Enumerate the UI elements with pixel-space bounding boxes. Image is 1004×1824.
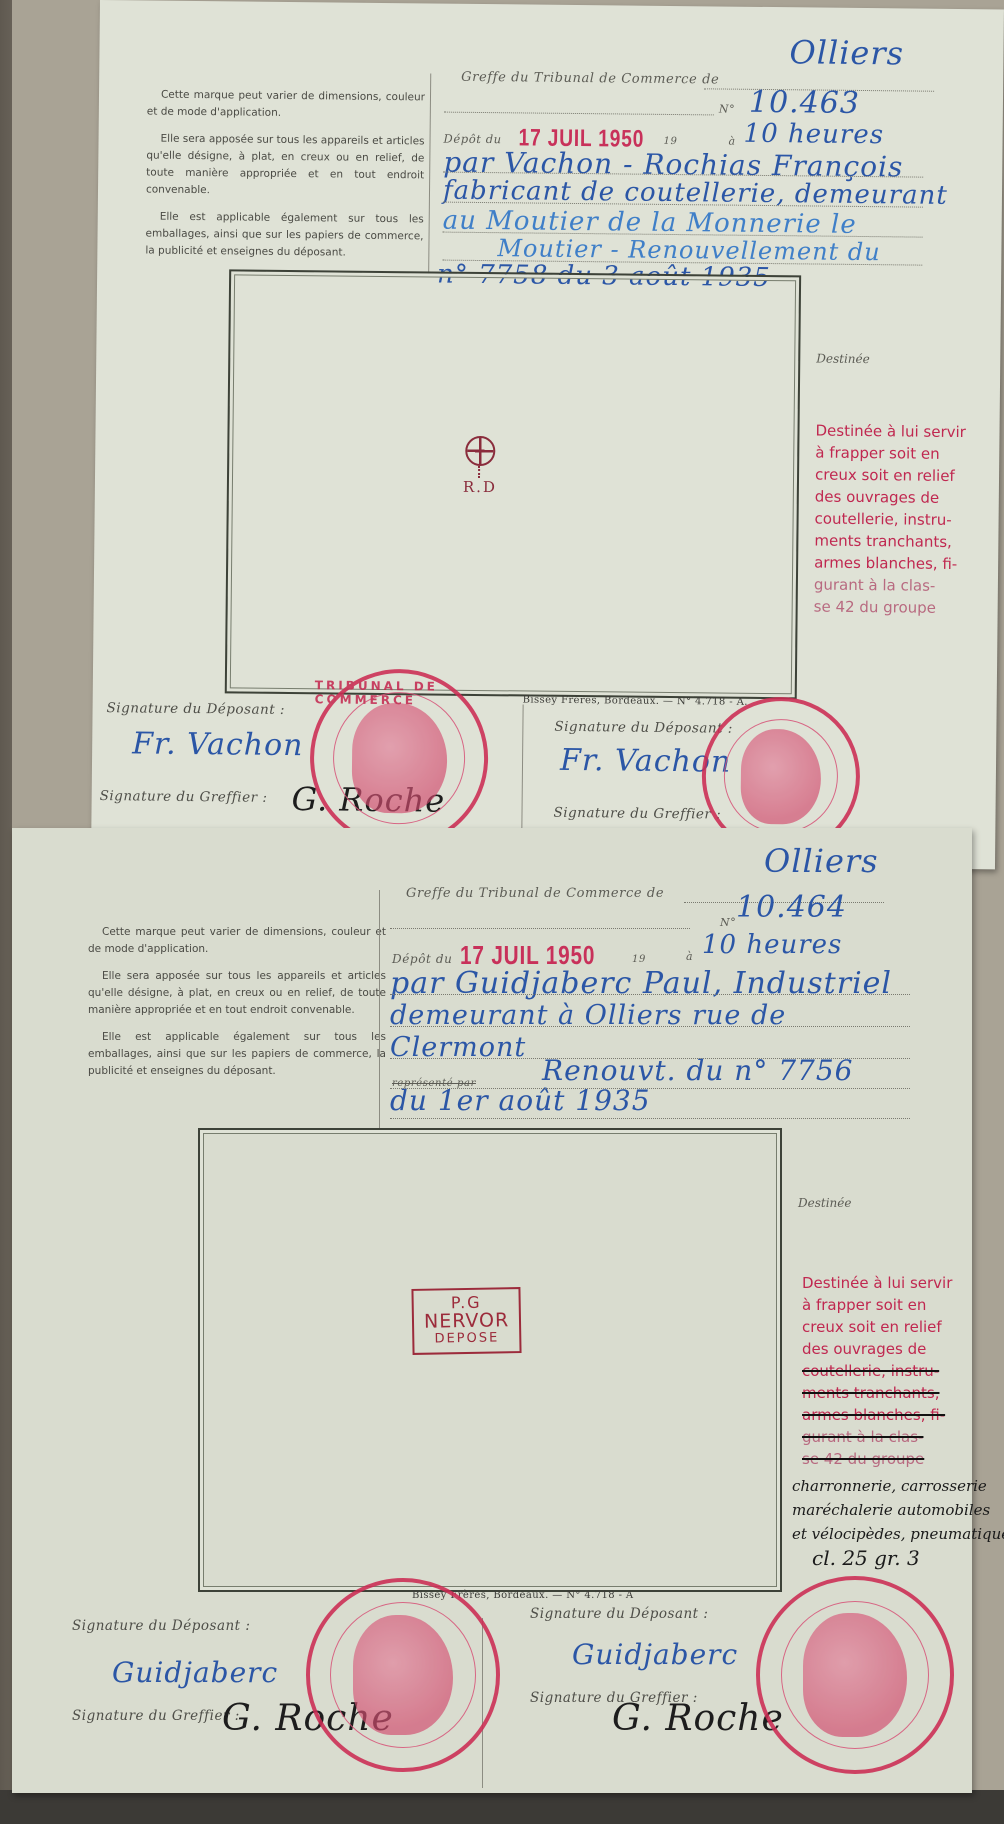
instruction-paragraph: Cette marque peut varier de dimensions, … [147, 86, 425, 123]
note-line: et vélocipèdes, pneumatiques [792, 1522, 1004, 1546]
mark-line: DEPOSE [424, 1329, 510, 1348]
signature-greffier-label: Signature du Greffier : [553, 805, 721, 823]
signature-deposant-label: Signature du Déposant : [72, 1618, 250, 1634]
seal-emblem [353, 1615, 453, 1735]
nervor-trademark-stamp: P.G NERVOR DEPOSE [411, 1287, 521, 1355]
field-line [390, 994, 910, 995]
deposant-signature: Guidjaberc [572, 1638, 738, 1671]
signature-greffier-label: Signature du Greffier : [100, 788, 268, 806]
destinee-label: Destinée [816, 352, 870, 367]
greffe-label: Greffe du Tribunal de Commerce de [461, 70, 719, 88]
balloon-logo-icon [465, 436, 495, 466]
destinee-line-struck: se 42 du groupe [802, 1448, 977, 1470]
destinee-line: Destinée à lui servir [802, 1272, 977, 1294]
signature-deposant-label: Signature du Déposant : [530, 1606, 708, 1622]
seal-emblem [351, 703, 447, 814]
deposit-sheet-2: Cette marque peut varier de dimensions, … [12, 828, 972, 1793]
note-line: cl. 25 gr. 3 [792, 1546, 1004, 1570]
mark-line: NERVOR [424, 1311, 510, 1330]
field-line [390, 1026, 910, 1027]
destinee-line: creux soit en relief [815, 464, 990, 488]
instruction-paragraph: Cette marque peut varier de dimensions, … [88, 924, 386, 958]
deposit-number: 10.463 [749, 85, 860, 121]
trademark-box [198, 1128, 782, 1592]
year-label: 19 [663, 136, 677, 147]
number-label: N° [719, 102, 735, 115]
destinee-line: se 42 du groupe [814, 596, 989, 620]
trademark-logo: R.D [450, 436, 511, 497]
depot-label: Dépôt du [443, 132, 501, 147]
destinee-line-struck: ments tranchants, [802, 1382, 977, 1404]
deposant-signature: Fr. Vachon [132, 726, 304, 763]
destinee-line-struck: coutellerie, instru- [802, 1360, 977, 1382]
destinee-label: Destinée [798, 1196, 851, 1210]
column-divider [379, 890, 380, 1130]
signature-greffier-label: Signature du Greffier : [72, 1708, 240, 1724]
signature-deposant-label: Signature du Déposant : [107, 700, 286, 718]
destinee-line-struck: gurant à la clas- [802, 1426, 977, 1448]
destinee-line-struck: armes blanches, fi- [802, 1404, 977, 1426]
trademark-box [225, 269, 801, 699]
instruction-paragraph: Elle sera apposée sur tous les appareils… [88, 968, 386, 1019]
time-label: à [728, 135, 735, 148]
destinee-stamp: Destinée à lui servir à frapper soit en … [814, 420, 991, 620]
field-line [390, 1118, 910, 1119]
column-divider [428, 73, 431, 273]
destinee-line: armes blanches, fi- [814, 552, 989, 576]
destinee-line: des ouvrages de [815, 486, 990, 510]
number-label: N° [720, 916, 736, 929]
greffier-signature: G. Roche [612, 1698, 784, 1739]
instructions-block: Cette marque peut varier de dimensions, … [145, 86, 425, 272]
seal-emblem [803, 1613, 907, 1737]
destinee-stamp: Destinée à lui servir à frapper soit en … [802, 1272, 977, 1470]
handwritten-line: par Guidjaberc Paul, Industriel [390, 966, 892, 1001]
instruction-paragraph: Elle est applicable également sur tous l… [145, 208, 424, 262]
destinee-line: gurant à la clas- [814, 574, 989, 598]
printer-line: Bissey Frères, Bordeaux. — N° 4.718 - A. [523, 694, 748, 707]
deposant-signature: Guidjaberc [112, 1656, 278, 1689]
destinee-line: Destinée à lui servir [815, 420, 990, 444]
time-label: à [686, 950, 693, 963]
deposit-time: 10 heures [743, 119, 884, 150]
destinee-line: des ouvrages de [802, 1338, 977, 1360]
greffe-label: Greffe du Tribunal de Commerce de [406, 886, 664, 901]
field-line [390, 1058, 910, 1059]
tribunal-seal: TRIBUNAL DE COMMERCE [309, 668, 489, 848]
instructions-block: Cette marque peut varier de dimensions, … [88, 924, 386, 1090]
destinee-line: creux soit en relief [802, 1316, 977, 1338]
note-line: maréchalerie automobiles [792, 1498, 1004, 1522]
tribunal-seal [306, 1578, 500, 1772]
destinee-line: coutellerie, instru- [814, 508, 989, 532]
balloon-cord [478, 466, 482, 478]
greffe-city-handwritten: Olliers [764, 842, 879, 880]
deposit-sheet-1: Cette marque peut varier de dimensions, … [91, 0, 1004, 869]
signature-deposant-label: Signature du Déposant : [554, 719, 733, 737]
year-label: 19 [632, 954, 646, 965]
destinee-line: ments tranchants, [814, 530, 989, 554]
seal-text: TRIBUNAL DE COMMERCE [315, 678, 485, 708]
destinee-line: à frapper soit en [802, 1294, 977, 1316]
destinee-line: à frapper soit en [815, 442, 990, 466]
field-line [390, 1088, 910, 1089]
depot-label: Dépôt du [392, 952, 452, 966]
instruction-paragraph: Elle sera apposée sur tous les appareils… [146, 130, 425, 201]
greffe-city-handwritten: Olliers [789, 33, 904, 72]
deposit-number: 10.464 [736, 890, 847, 925]
field-line [444, 112, 714, 116]
tribunal-seal [756, 1576, 954, 1774]
note-line: charronnerie, carrosserie [792, 1474, 1004, 1498]
handwritten-classification-note: charronnerie, carrosserie maréchalerie a… [792, 1474, 1004, 1570]
desk-edge [0, 1790, 1004, 1824]
deposit-time: 10 heures [702, 930, 842, 960]
instruction-paragraph: Elle est applicable également sur tous l… [88, 1029, 386, 1080]
trademark-letters: R.D [450, 478, 510, 497]
field-line [390, 928, 690, 929]
